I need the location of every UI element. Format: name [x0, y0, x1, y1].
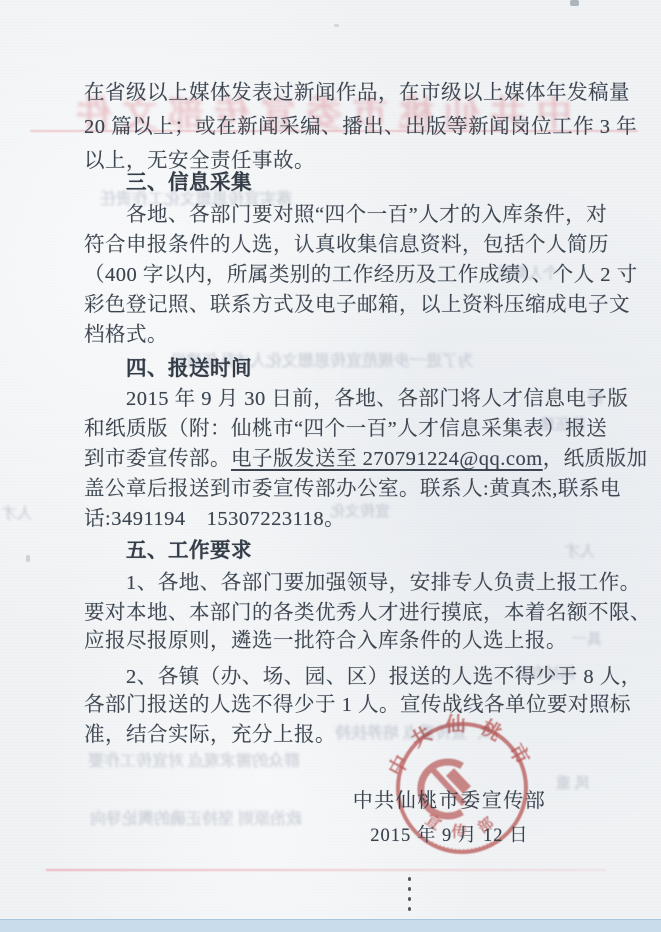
text-line: 在省级以上媒体发表过新闻作品，在市级以上媒体年发稿量 [84, 80, 630, 106]
text-line: 档格式。 [84, 322, 630, 348]
section-heading: 三、信息采集 [84, 170, 661, 196]
text-line: 彩色登记照、联系方式及电子邮箱，以上资料压缩成电子文 [84, 292, 630, 318]
showthrough-text: 人才 [2, 502, 32, 523]
scan-speck [334, 24, 339, 27]
footer-rule-showthrough [46, 869, 606, 871]
scan-speck [26, 555, 30, 562]
showthrough-text: 政治原则 坚持正确的舆论导向 [90, 806, 302, 829]
section-heading: 四、报送时间 [84, 356, 661, 382]
seal-arc-top-text: 中共仙桃市 [387, 713, 537, 780]
text-fragment: 到市委宣传部。 [84, 448, 231, 470]
text-line: 各地、各部门要对照“四个一百”人才的入库条件，对 [84, 202, 661, 228]
text-line: 2、各镇（办、场、园、区）报送的人选不得少于 8 人， [84, 664, 661, 690]
text-line: （400 字以内，所属类别的工作经历及工作成绩）、个人 2 寸 [84, 262, 630, 288]
text-line: 符合申报条件的人选，认真收集信息资料，包括个人简历 [84, 232, 630, 258]
scanned-document-page: 中共仙桃市委宣传部文件落实宣传思想文化工作责任个人简历为了进一步规范宣传思想文化… [0, 0, 661, 932]
text-line: 1、各地、各部门要加强领导，安排专人负责上报工作。 [84, 570, 661, 596]
issue-date: 2015 年 9 月 12 日 [352, 821, 547, 847]
text-line: 到市委宣传部。电子版发送至 270791224@qq.com，纸质版加 [84, 446, 630, 472]
text-line: 20 篇以上；或在新闻采编、播出、出版等新闻岗位工作 3 年 [84, 114, 630, 140]
ellipsis-dots [408, 871, 411, 917]
text-line: 准，结合实际，充分上报。 [84, 722, 630, 748]
showthrough-text: 风 重 [556, 772, 590, 793]
text-line: 话:3491194 15307223118。 [84, 506, 630, 532]
text-fragment: ，纸质版加 [543, 448, 648, 470]
text-line: 各部门报送的人选不得少于 1 人。宣传战线各单位要对照标 [84, 692, 630, 718]
section-heading: 五、工作要求 [84, 538, 661, 564]
scan-bottom-edge [0, 919, 661, 932]
text-line: 盖公章后报送到市委宣传部办公室。联系人:黄真杰,联系电 [84, 476, 630, 502]
scan-speck [570, 0, 579, 6]
text-line: 应报尽报原则，遴选一批符合入库条件的人选上报。 [84, 628, 630, 654]
email-address: 电子版发送至 270791224@qq.com [231, 448, 543, 470]
showthrough-text: 群众的需求观点 对宣传工作要 [88, 748, 300, 771]
signature-block: 中共仙桃市委宣传部 2015 年 9 月 12 日 [352, 784, 547, 847]
svg-text:中共仙桃市: 中共仙桃市 [387, 713, 537, 780]
text-line: 和纸质版（附：仙桃市“四个一百”人才信息采集表）报送 [84, 416, 630, 442]
text-line: 要对本地、本部门的各类优秀人才进行摸底，本着名额不限、 [84, 600, 630, 626]
text-line: 2015 年 9 月 30 日前，各地、各部门将人才信息电子版 [84, 386, 661, 412]
issuer-name: 中共仙桃市委宣传部 [352, 784, 547, 813]
